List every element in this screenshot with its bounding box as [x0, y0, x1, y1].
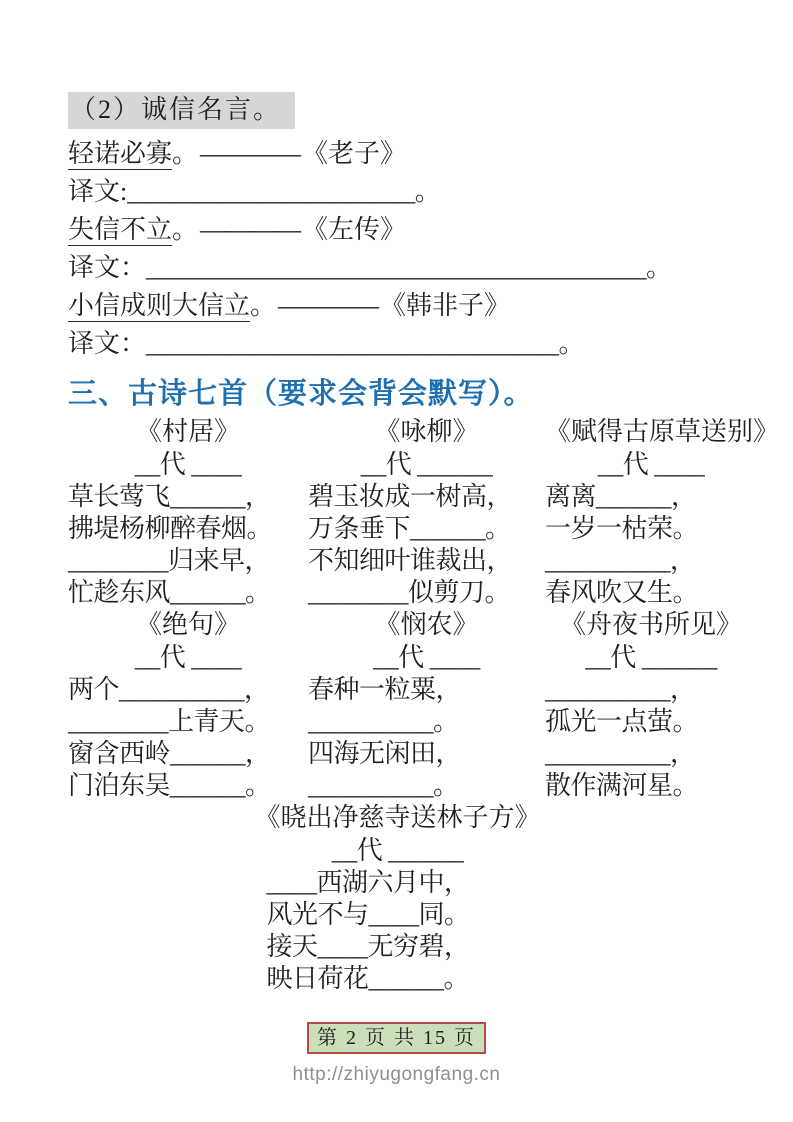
poem-cunju: 《村居》 __代 ____ 草长莺飞______， 拂堤杨柳醉春烟。 _____…: [68, 416, 308, 609]
quote-line: 小信成则大信立。————《韩非子》: [68, 287, 727, 325]
integrity-quotes-section: （2）诚信名言。 轻诺必寡。————《老子》 译文:______________…: [68, 92, 727, 363]
translation-blank: ________________________________________: [146, 253, 646, 282]
poem-verse: 春风吹又生。: [545, 577, 757, 609]
poem-verse: 忙趁东风______。: [68, 577, 308, 609]
poems-grid: 《村居》 __代 ____ 草长莺飞______， 拂堤杨柳醉春烟。 _____…: [68, 416, 727, 802]
poem-fude-guyuancao: 《赋得古原草送别》 __代 ____ 离离______， 一岁一枯荣。 ____…: [545, 416, 757, 609]
poem-yongliu: 《咏柳》 __代 ______ 碧玉妆成一树高， 万条垂下______。 不知细…: [308, 416, 545, 609]
poem-verse: 风光不与____同。: [233, 899, 563, 931]
quote-period: 。: [250, 291, 276, 320]
poem-verse: __________，: [545, 738, 757, 770]
poem-verse: __________。: [308, 770, 545, 802]
attribution-dash: ————: [200, 139, 300, 168]
attribution-dash: ————: [200, 215, 300, 244]
section-subheading: （2）诚信名言。: [68, 92, 295, 129]
poem-author-blank: __代 ______: [233, 835, 563, 867]
section-heading-poems: 三、古诗七首（要求会背会默写）。: [68, 371, 727, 412]
translation-line: 译文：_____________________________________…: [68, 249, 727, 287]
worksheet-page: （2）诚信名言。 轻诺必寡。————《老子》 译文:______________…: [0, 0, 793, 1122]
poem-verse: 一岁一枯荣。: [545, 513, 757, 545]
translation-label: 译文:: [68, 177, 127, 206]
page-content: （2）诚信名言。 轻诺必寡。————《老子》 译文:______________…: [0, 0, 793, 995]
page-number-box: 第 2 页 共 15 页: [307, 1022, 486, 1054]
poem-verse: ________归来早，: [68, 545, 308, 577]
poem-title: 《村居》: [68, 416, 308, 448]
poem-verse: 孤光一点萤。: [545, 706, 757, 738]
poem-author-blank: __代 ____: [308, 642, 545, 674]
poem-verse: 万条垂下______。: [308, 513, 545, 545]
poem-verse: 碧玉妆成一树高，: [308, 481, 545, 513]
poem-verse: 离离______，: [545, 481, 757, 513]
poem-title: 《绝句》: [68, 609, 308, 641]
attribution-dash: ————: [278, 291, 378, 320]
translation-line: 译文：_________________________________。: [68, 325, 727, 363]
poem-verse: ____西湖六月中，: [233, 867, 563, 899]
poem-verse: 草长莺飞______，: [68, 481, 308, 513]
poem-verse: 不知细叶谁裁出，: [308, 545, 545, 577]
quote-text: 轻诺必寡: [68, 139, 172, 170]
poem-author-blank: __代 ______: [308, 449, 545, 481]
translation-line: 译文:_______________________。: [68, 173, 727, 211]
poem-zhouye-shusuojian: 《舟夜书所见》 __代 ______ __________， 孤光一点萤。 __…: [545, 609, 757, 802]
poem-title: 《舟夜书所见》: [545, 609, 757, 641]
poem-title: 《咏柳》: [308, 416, 545, 448]
poem-title: 《悯农》: [308, 609, 545, 641]
poem-title: 《赋得古原草送别》: [545, 416, 757, 448]
poem-verse: __________，: [545, 674, 757, 706]
poem-minnong: 《悯农》 __代 ____ 春种一粒粟， __________。 四海无闲田， …: [308, 609, 545, 802]
poem-verse: ________上青天。: [68, 706, 308, 738]
poem-jueju: 《绝句》 __代 ____ 两个__________， ________上青天。…: [68, 609, 308, 802]
poem-verse: ________似剪刀。: [308, 577, 545, 609]
quote-source: 《老子》: [302, 139, 406, 168]
quote-period: 。: [172, 139, 198, 168]
footer-url: http://zhiyugongfang.cn: [0, 1064, 793, 1086]
translation-period: 。: [415, 177, 441, 206]
quote-period: 。: [172, 215, 198, 244]
quote-line: 失信不立。————《左传》: [68, 211, 727, 249]
translation-period: 。: [646, 253, 672, 282]
poem-verse: 接天____无穷碧，: [233, 931, 563, 963]
poem-verse: 两个__________，: [68, 674, 308, 706]
translation-period: 。: [559, 329, 585, 358]
poem-verse: 春种一粒粟，: [308, 674, 545, 706]
quote-text: 小信成则大信立: [68, 291, 250, 322]
poem-xiaochu-jingcisi: 《晓出净慈寺送林子方》 __代 ______ ____西湖六月中， 风光不与__…: [233, 802, 563, 995]
poem-author-blank: __代 ____: [68, 642, 308, 674]
poem-author-blank: __代 ____: [68, 449, 308, 481]
poem-verse: 四海无闲田，: [308, 738, 545, 770]
poem-author-blank: __代 ______: [545, 642, 757, 674]
quote-source: 《左传》: [302, 215, 406, 244]
poem-verse: __________，: [545, 545, 757, 577]
poem-verse: 映日荷花______。: [233, 963, 563, 995]
poem-verse: 窗含西岭______，: [68, 738, 308, 770]
poem-title: 《晓出净慈寺送林子方》: [233, 802, 563, 834]
quote-source: 《韩非子》: [380, 291, 510, 320]
poem-author-blank: __代 ____: [545, 449, 757, 481]
poem-verse: 拂堤杨柳醉春烟。: [68, 513, 308, 545]
poem-verse: 门泊东吴______。: [68, 770, 308, 802]
quote-line: 轻诺必寡。————《老子》: [68, 135, 727, 173]
poem-verse: __________。: [308, 706, 545, 738]
translation-label: 译文：: [68, 253, 146, 282]
page-footer: 第 2 页 共 15 页 http://zhiyugongfang.cn: [0, 1022, 793, 1086]
translation-label: 译文：: [68, 329, 146, 358]
poem-verse: 散作满河星。: [545, 770, 757, 802]
quote-text: 失信不立: [68, 215, 172, 246]
translation-blank: _______________________: [127, 177, 415, 206]
translation-blank: _________________________________: [146, 329, 559, 358]
